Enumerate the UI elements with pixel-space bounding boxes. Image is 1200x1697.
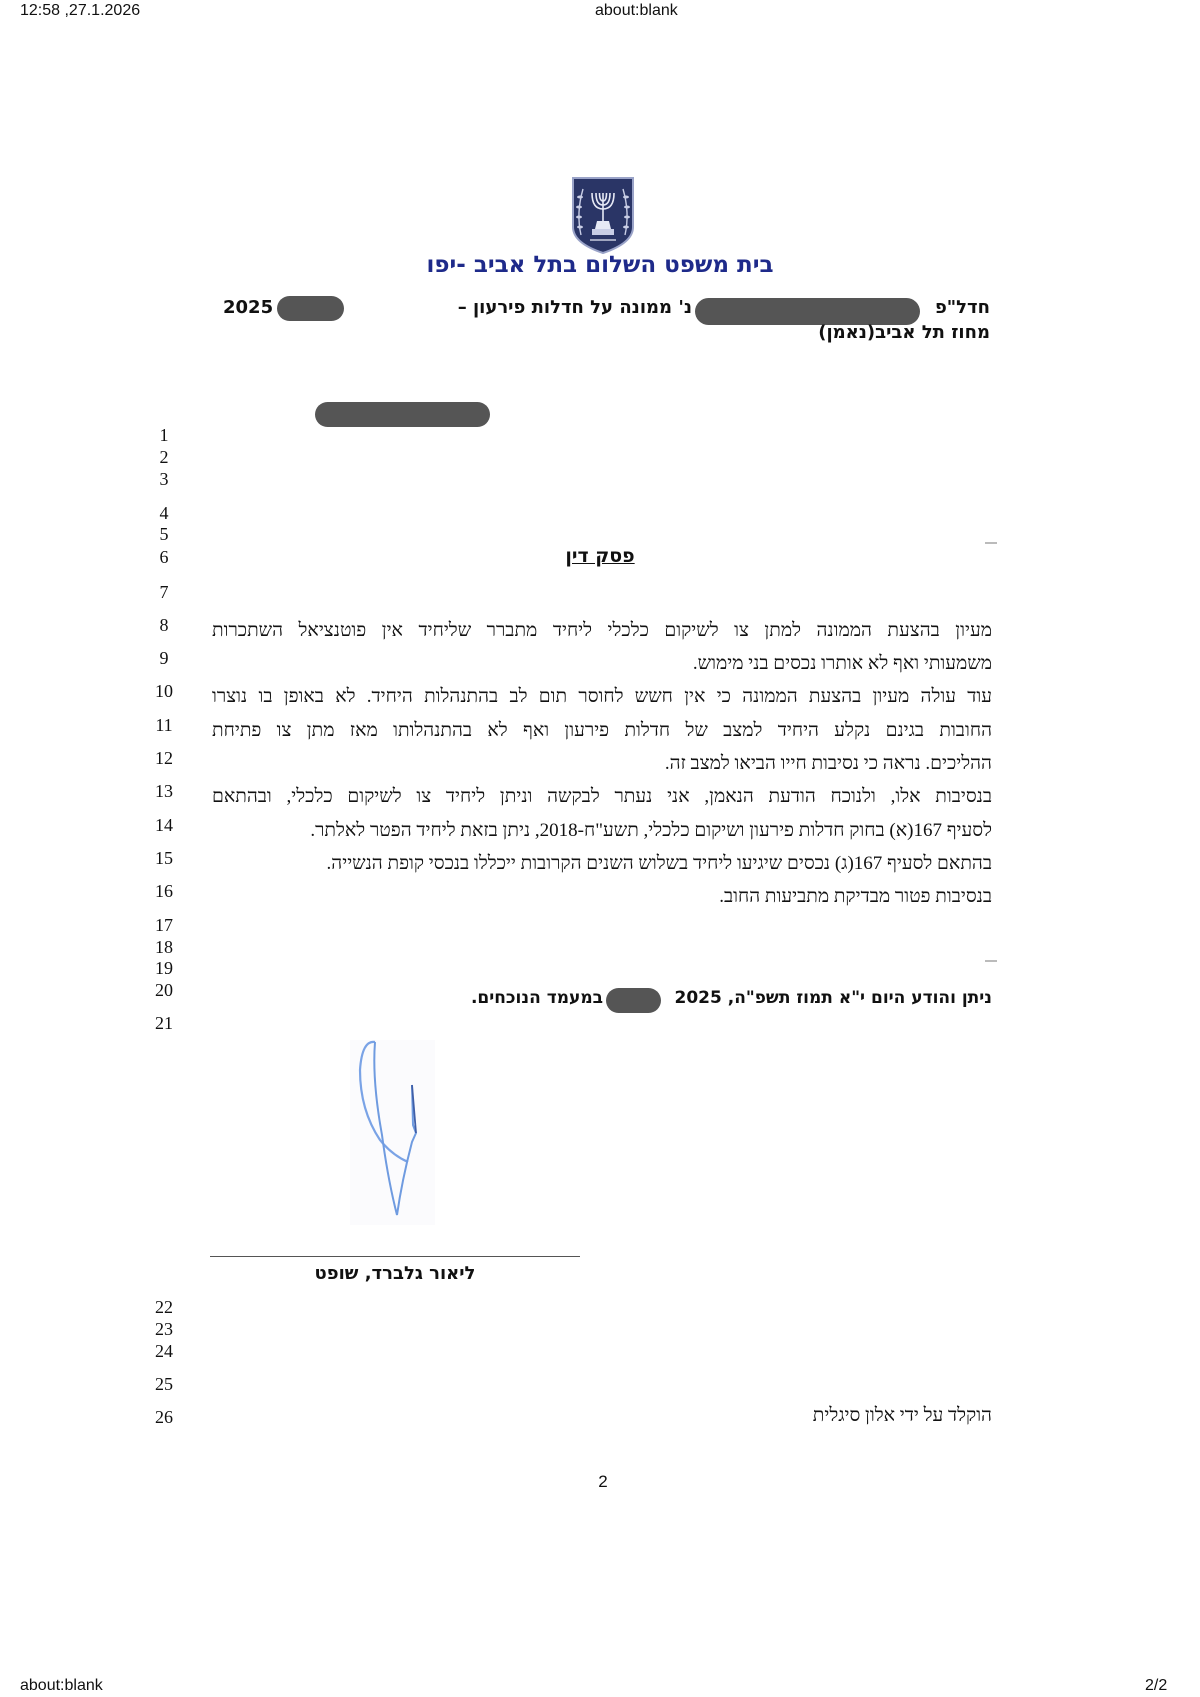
given-date-text: ניתן והודע היום י"א תמוז תשפ"ה, 2025 [662, 988, 992, 1008]
body-line-14: לסעיף 167(א) בחוק חדלות פירעון ושיקום כל… [212, 820, 992, 842]
line-number: 5 [150, 524, 178, 545]
redacted-given-date [606, 988, 661, 1013]
line-number: 12 [150, 748, 178, 769]
body-line-8: מעיון בהצעת הממונה למתן צו לשיקום כלכלי … [212, 620, 992, 642]
body-line-13: בנסיבות אלו, ולנוכח הודעת הנאמן, אני נעת… [212, 786, 992, 808]
line-number: 24 [150, 1341, 178, 1362]
given-presence-text: במעמד הנוכחים. [458, 988, 603, 1008]
line-number: 3 [150, 469, 178, 490]
redacted-party-name [315, 402, 490, 427]
case-district: מחוז תל אביב(נאמן) [590, 322, 990, 343]
case-vs-text: נ' ממונה על חדלות פירעון – [430, 297, 692, 318]
line-number: 14 [150, 815, 178, 836]
line-number: 6 [150, 547, 178, 568]
line-number: 26 [150, 1407, 178, 1428]
body-line-15: בהתאם לסעיף 167(ג) נכסים שיגיעו ליחיד בש… [212, 853, 992, 875]
line-number: 18 [150, 937, 178, 958]
court-name: בית משפט השלום בתל אביב -יפו [380, 252, 820, 278]
judge-signature [350, 1040, 435, 1225]
print-page-counter: 2/2 [1145, 1677, 1167, 1695]
line-number: 1 [150, 425, 178, 446]
line-number: 17 [150, 915, 178, 936]
line-number: 21 [150, 1013, 178, 1034]
signature-line [210, 1256, 580, 1257]
body-line-10: עוד עולה מעיון בהצעת הממונה כי אין חשש ל… [212, 686, 992, 708]
body-line-16: בנסיבות פטור מבדיקת מתביעות החוב. [212, 886, 992, 908]
line-number: 4 [150, 503, 178, 524]
case-year: 2025 [223, 297, 273, 318]
print-datetime: 12:58 ,27.1.2026 [20, 2, 140, 20]
line-number: 13 [150, 781, 178, 802]
line-number: 20 [150, 980, 178, 1001]
body-line-9: משמעותי ואף לא אותרו נכסים בני מימוש. [212, 653, 992, 675]
scan-mark [985, 960, 997, 962]
line-number: 7 [150, 582, 178, 603]
document-title: פסק דין [480, 545, 720, 567]
redacted-case-number [695, 298, 920, 325]
page-number: 2 [595, 1472, 611, 1492]
line-number: 22 [150, 1297, 178, 1318]
state-emblem-icon [570, 175, 636, 255]
line-number: 23 [150, 1319, 178, 1340]
body-line-12: ההליכים. נראה כי נסיבות חייו הביאו למצב … [212, 753, 992, 775]
redacted-date [277, 296, 344, 321]
body-line-11: החובות בגינם נקלע היחיד למצב של חדלות פי… [212, 720, 992, 742]
typed-by: הוקלד על ידי אלון סיגלית [212, 1405, 992, 1427]
scan-mark [985, 542, 997, 544]
line-number: 2 [150, 447, 178, 468]
print-url: about:blank [595, 2, 678, 20]
print-footer-url: about:blank [20, 1677, 103, 1695]
line-number: 9 [150, 648, 178, 669]
line-number: 8 [150, 615, 178, 636]
line-number: 15 [150, 848, 178, 869]
line-number: 25 [150, 1374, 178, 1395]
line-number: 19 [150, 958, 178, 979]
judge-name: ליאור גלברד, שופט [210, 1263, 580, 1284]
line-number: 10 [150, 681, 178, 702]
line-number: 16 [150, 881, 178, 902]
line-number: 11 [150, 715, 178, 736]
